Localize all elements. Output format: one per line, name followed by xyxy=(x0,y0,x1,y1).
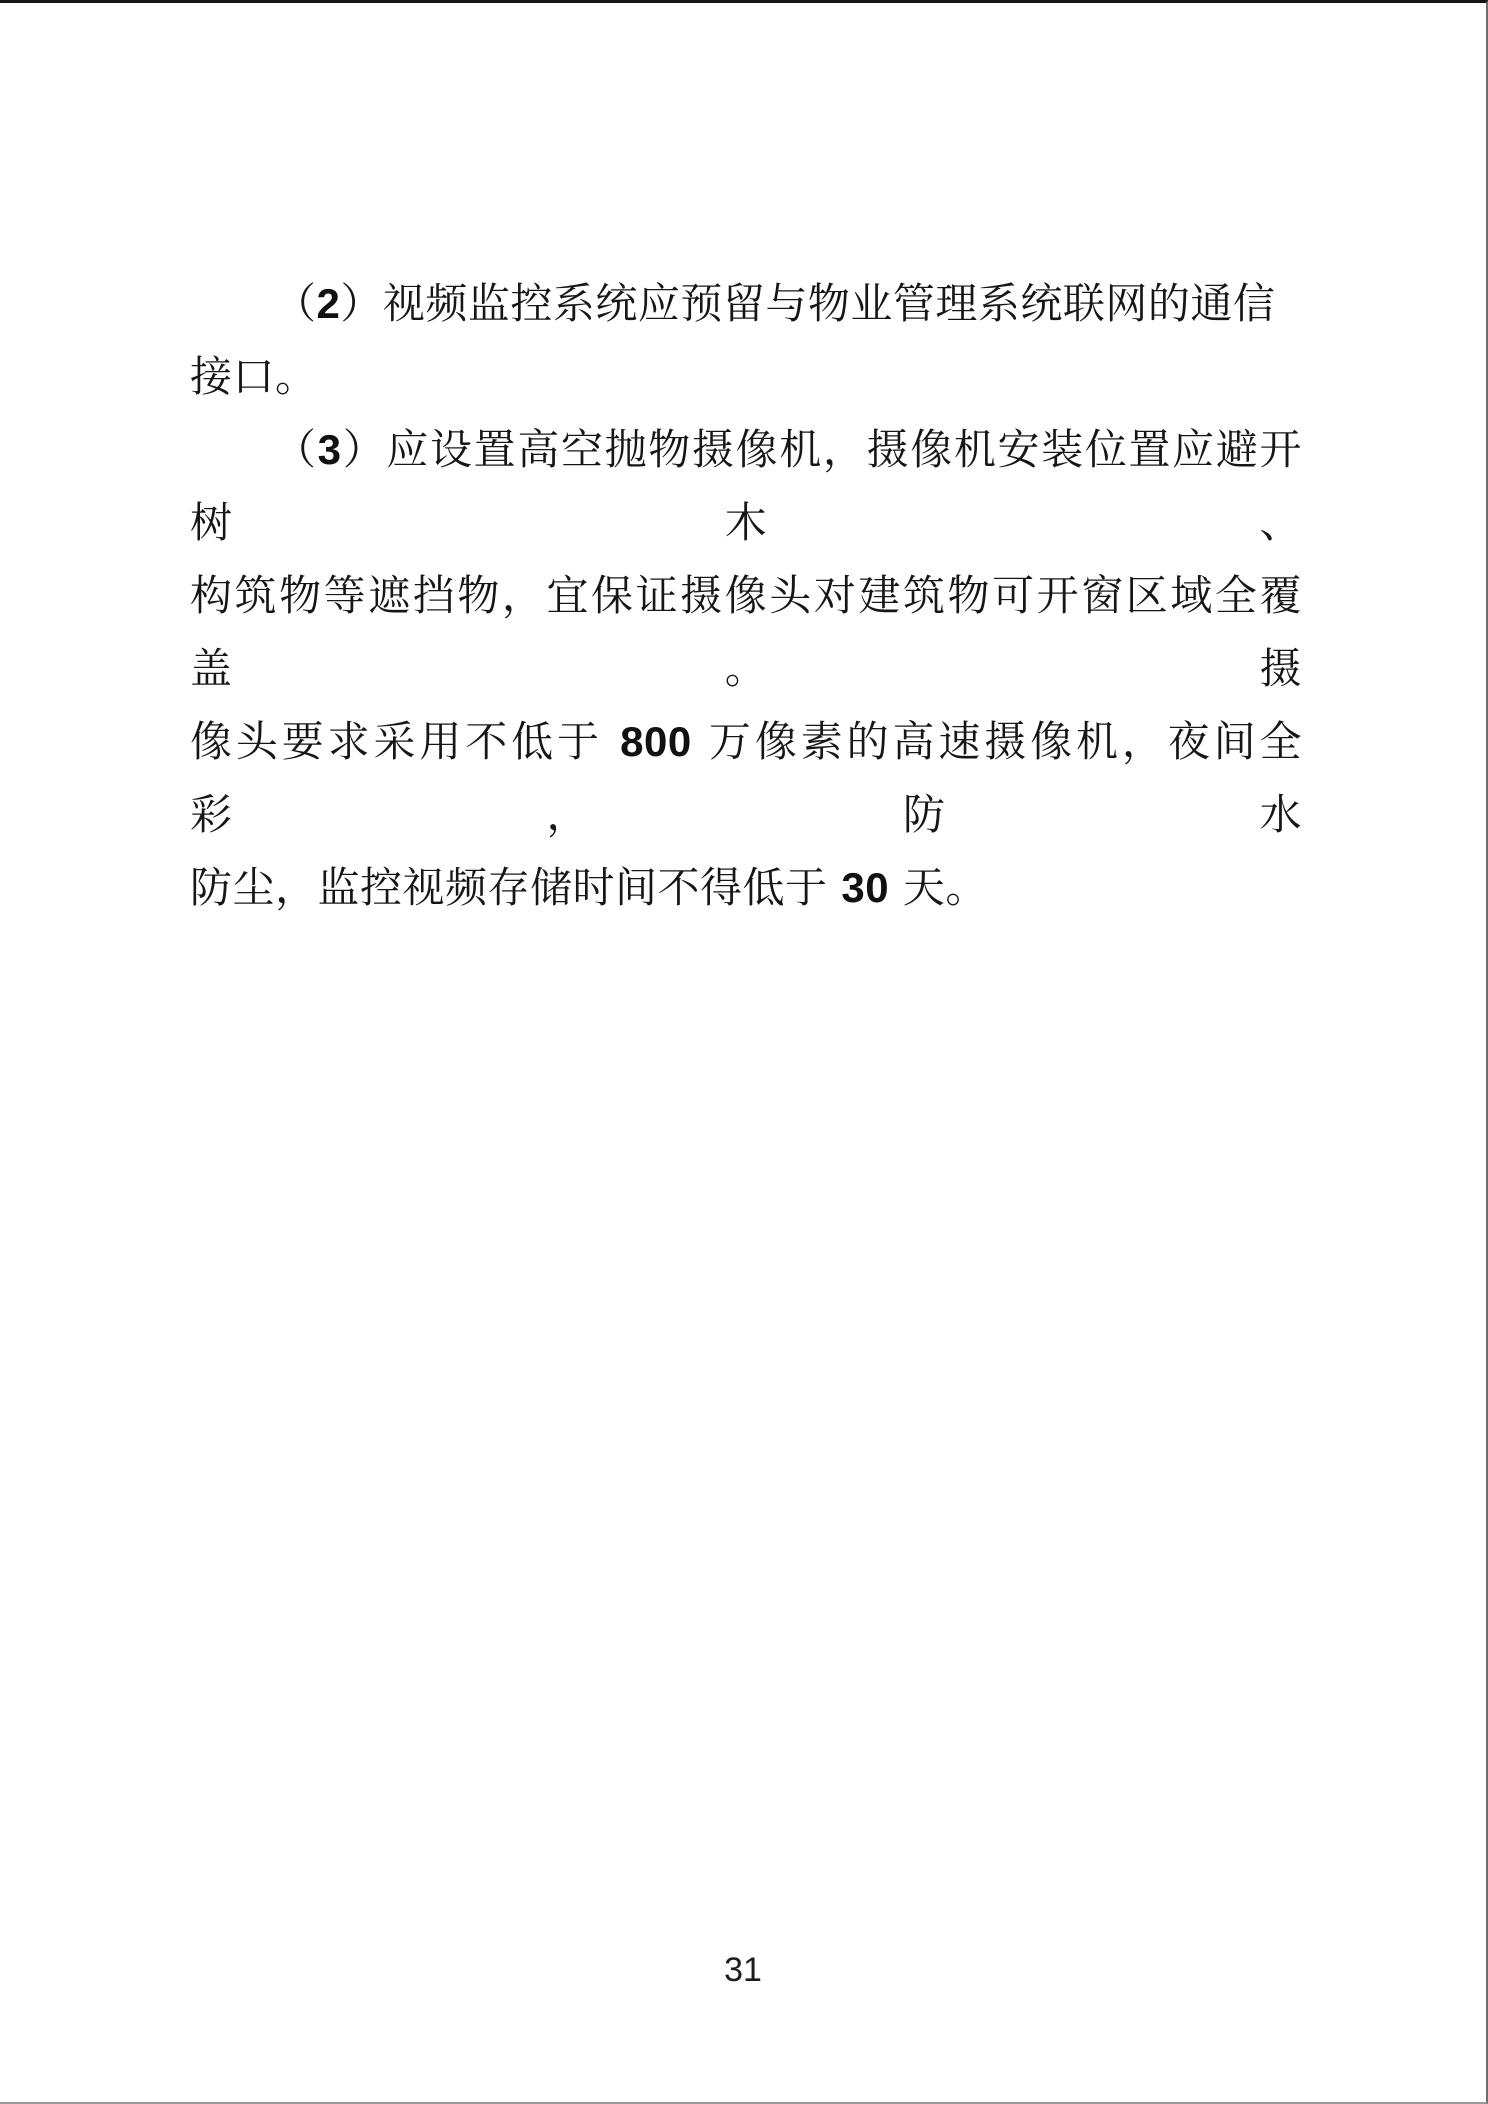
numeric-value: 800 xyxy=(620,718,692,765)
text-line: 防尘，监控视频存储时间不得低于 30 天。 xyxy=(190,851,1302,924)
text-segment: ）视频监控系统应预留与物业管理系统联网的通信接口。 xyxy=(190,279,1275,401)
text-line: 构筑物等遮挡物，宜保证摄像头对建筑物可开窗区域全覆盖。摄 xyxy=(190,559,1302,705)
page-number: 31 xyxy=(0,1951,1486,1990)
text-segment: 像头要求采用不低于 xyxy=(190,717,620,766)
text-line: （2）视频监控系统应预留与物业管理系统联网的通信接口。 xyxy=(190,267,1302,413)
text-segment: （ xyxy=(274,279,317,328)
document-body: （2）视频监控系统应预留与物业管理系统联网的通信接口。 （3）应设置高空抛物摄像… xyxy=(190,267,1302,924)
text-segment: 构筑物等遮挡物，宜保证摄像头对建筑物可开窗区域全覆盖。摄 xyxy=(190,571,1302,693)
numeric-value: 30 xyxy=(841,864,889,911)
text-segment: （ xyxy=(274,425,318,474)
text-segment: 防尘，监控视频存储时间不得低于 xyxy=(190,863,841,912)
list-number: 2 xyxy=(317,280,341,327)
document-page: （2）视频监控系统应预留与物业管理系统联网的通信接口。 （3）应设置高空抛物摄像… xyxy=(0,0,1488,2104)
text-segment: 天。 xyxy=(889,863,988,912)
text-line: （3）应设置高空抛物摄像机，摄像机安装位置应避开树木、 xyxy=(190,413,1302,559)
text-line: 像头要求采用不低于 800 万像素的高速摄像机，夜间全彩，防水 xyxy=(190,705,1302,851)
text-segment: ）应设置高空抛物摄像机，摄像机安装位置应避开树木、 xyxy=(190,425,1302,547)
list-number: 3 xyxy=(318,426,342,473)
